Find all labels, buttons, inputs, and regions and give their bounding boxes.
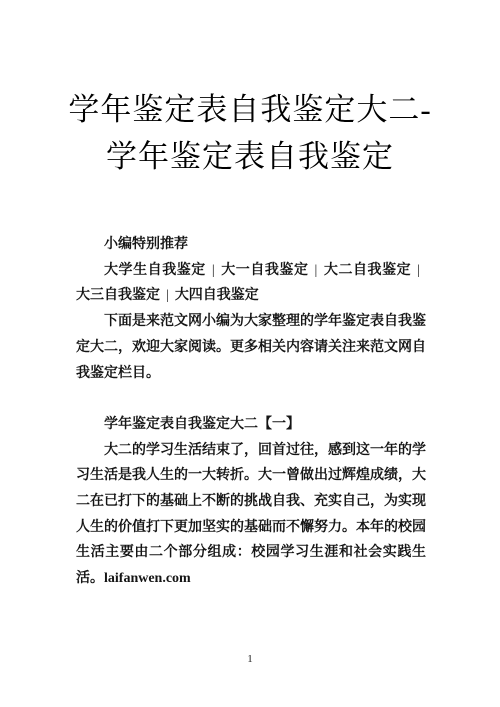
document-body: 小编特别推荐 大学生自我鉴定|大一自我鉴定|大二自我鉴定|大三自我鉴定|大四自我… [76,232,426,592]
document-title: 学年鉴定表自我鉴定大二- 学年鉴定表自我鉴定 [0,0,500,180]
document-title-line2: 学年鉴定表自我鉴定 [0,133,500,180]
page-number: 1 [0,652,500,666]
link-sophomore-self-appraisal[interactable]: 大二自我鉴定 [323,263,411,278]
link-separator: | [166,288,169,303]
document-page: 学年鉴定表自我鉴定大二- 学年鉴定表自我鉴定 小编特别推荐 大学生自我鉴定|大一… [0,0,500,707]
link-separator: | [212,263,215,278]
recommend-links-row: 大学生自我鉴定|大一自我鉴定|大二自我鉴定|大三自我鉴定|大四自我鉴定 [76,258,426,309]
intro-summary: 下面是来范文网小编为大家整理的学年鉴定表自我鉴定大二，欢迎大家阅读。更多相关内容… [76,309,426,386]
link-college-self-appraisal[interactable]: 大学生自我鉴定 [104,263,206,278]
source-site-link[interactable]: laifanwen.com [104,571,191,586]
link-separator: | [315,263,318,278]
section1-paragraph-text: 大二的学习生活结束了，回首过往，感到这一年的学习生活是我人生的一大转折。大一曾做… [76,443,426,587]
section1-heading: 学年鉴定表自我鉴定大二【一】 [76,412,426,438]
link-senior-self-appraisal[interactable]: 大四自我鉴定 [175,288,259,303]
document-title-line1: 学年鉴定表自我鉴定大二- [0,86,500,133]
link-freshman-self-appraisal[interactable]: 大一自我鉴定 [221,263,309,278]
section1-paragraph: 大二的学习生活结束了，回首过往，感到这一年的学习生活是我人生的一大转折。大一曾做… [76,438,426,592]
link-separator: | [417,263,420,278]
editor-recommend-label: 小编特别推荐 [76,232,426,258]
link-junior-self-appraisal[interactable]: 大三自我鉴定 [76,288,160,303]
